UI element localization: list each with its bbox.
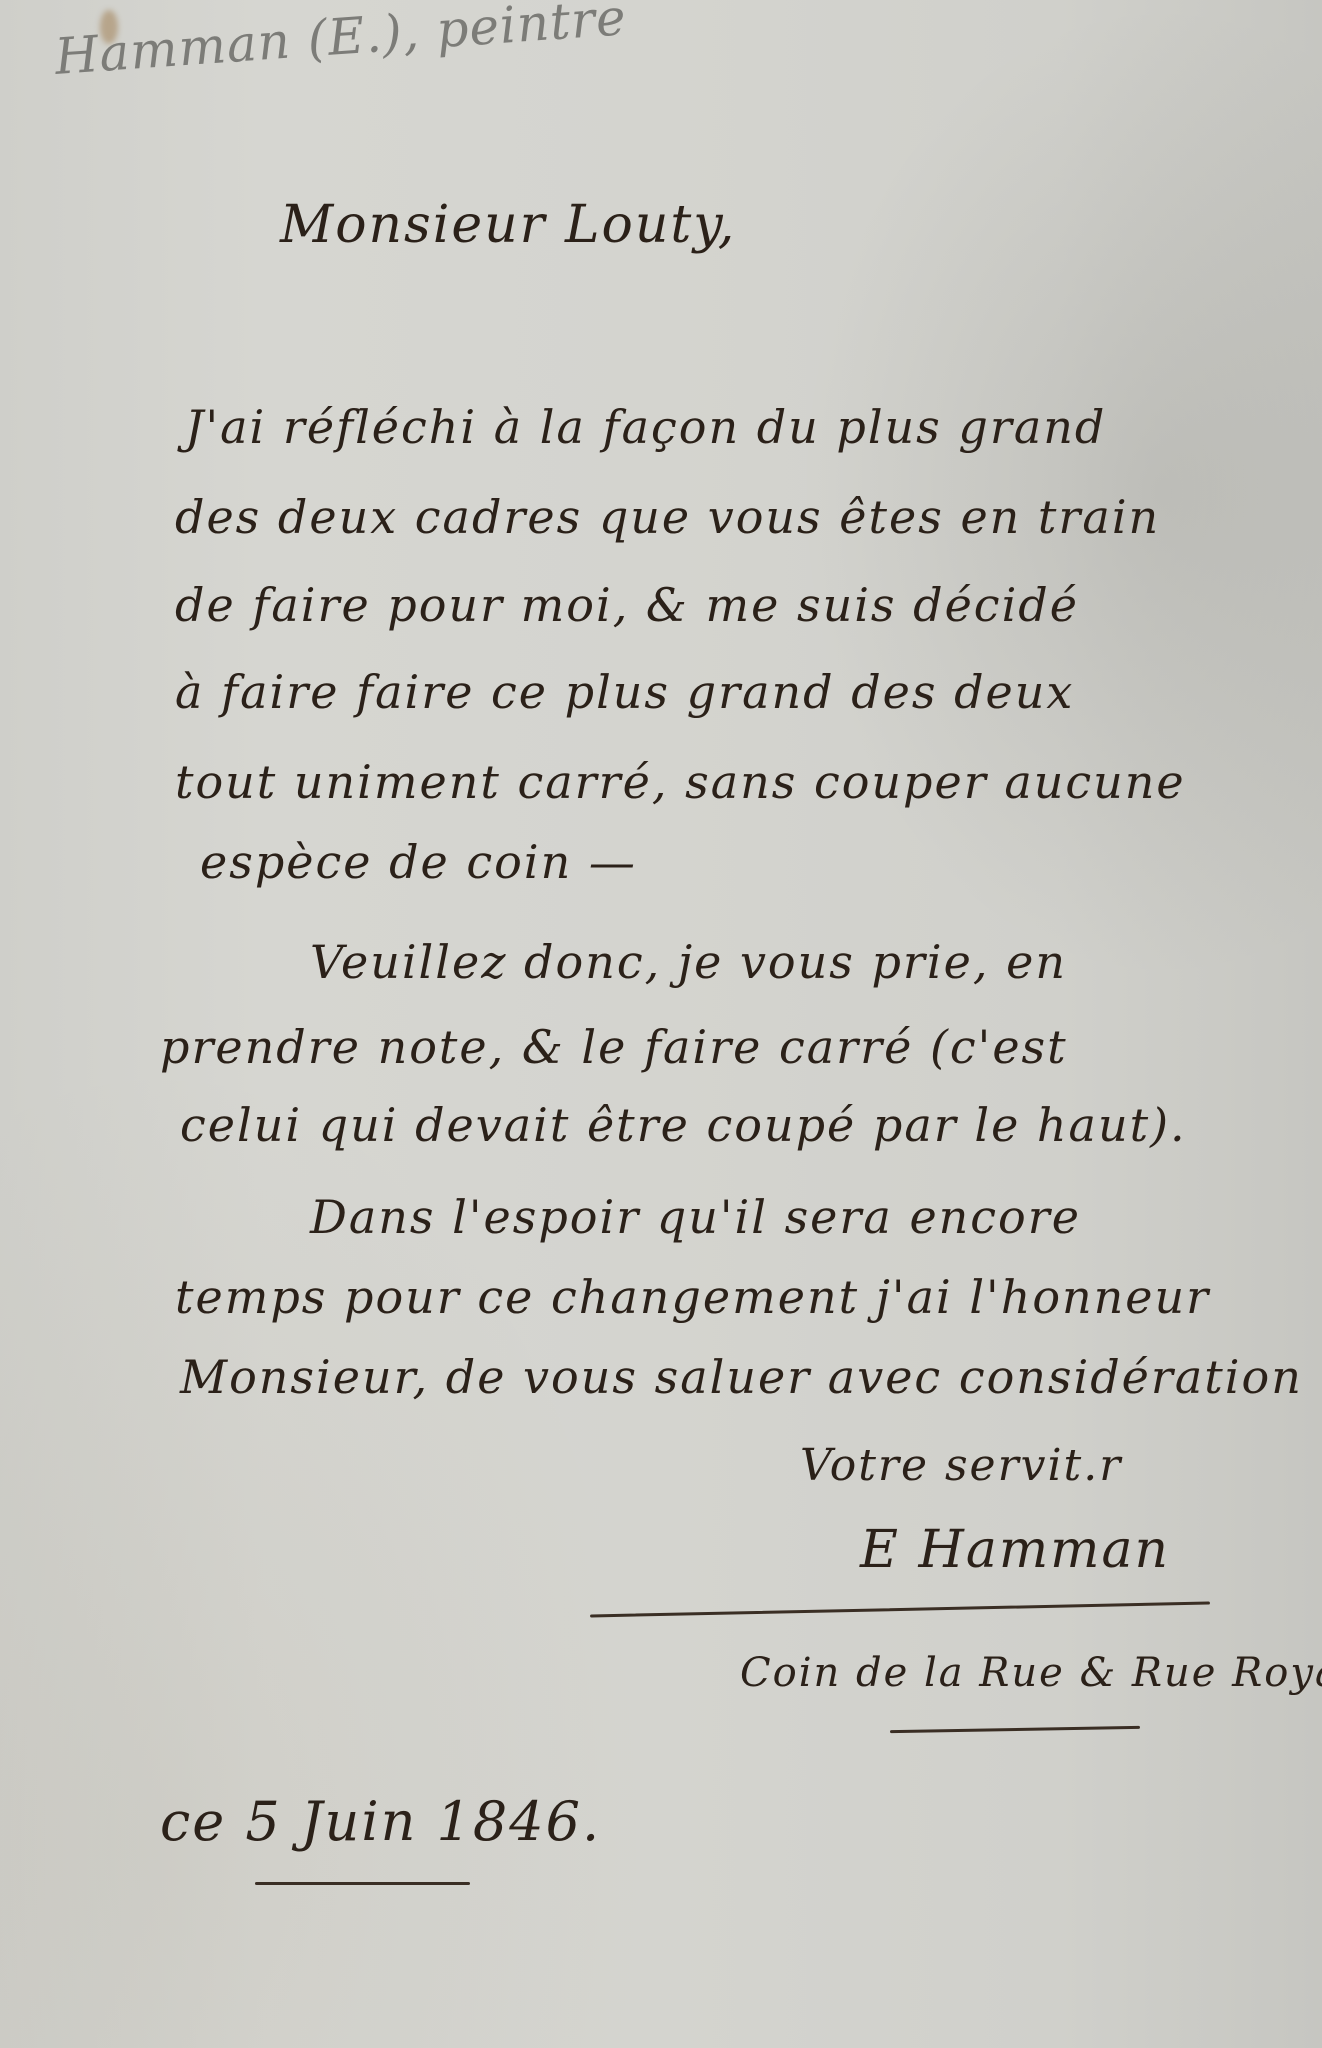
- date-underline: [255, 1882, 470, 1885]
- body-line: celui qui devait être coupé par le haut)…: [180, 1098, 1187, 1152]
- archive-pencil-note: Hamman (E.), peintre: [53, 0, 628, 86]
- body-line: J'ai réfléchi à la façon du plus grand: [185, 400, 1106, 454]
- body-line: des deux cadres que vous êtes en train: [175, 490, 1160, 544]
- signature-underline: [590, 1602, 1210, 1618]
- sender-address: Coin de la Rue & Rue Royale: [740, 1650, 1322, 1696]
- body-line: de faire pour moi, & me suis décidé: [175, 578, 1079, 632]
- body-line: temps pour ce changement j'ai l'honneur: [175, 1270, 1210, 1324]
- salutation: Monsieur Louty,: [280, 195, 736, 255]
- body-line: tout uniment carré, sans couper aucune: [175, 755, 1186, 809]
- signature: E Hamman: [860, 1520, 1170, 1580]
- body-line: à faire faire ce plus grand des deux: [175, 665, 1074, 719]
- body-line: Dans l'espoir qu'il sera encore: [310, 1190, 1081, 1244]
- body-line: Veuillez donc, je vous prie, en: [310, 935, 1067, 989]
- body-line: espèce de coin —: [200, 835, 637, 889]
- letter-sheet: Hamman (E.), peintre Monsieur Louty, J'a…: [0, 0, 1322, 2048]
- address-underline: [890, 1726, 1140, 1733]
- closing: Votre servit.r: [800, 1440, 1122, 1491]
- letter-date: ce 5 Juin 1846.: [160, 1790, 601, 1853]
- body-line: prendre note, & le faire carré (c'est: [160, 1020, 1068, 1074]
- body-line: Monsieur, de vous saluer avec considérat…: [180, 1350, 1303, 1404]
